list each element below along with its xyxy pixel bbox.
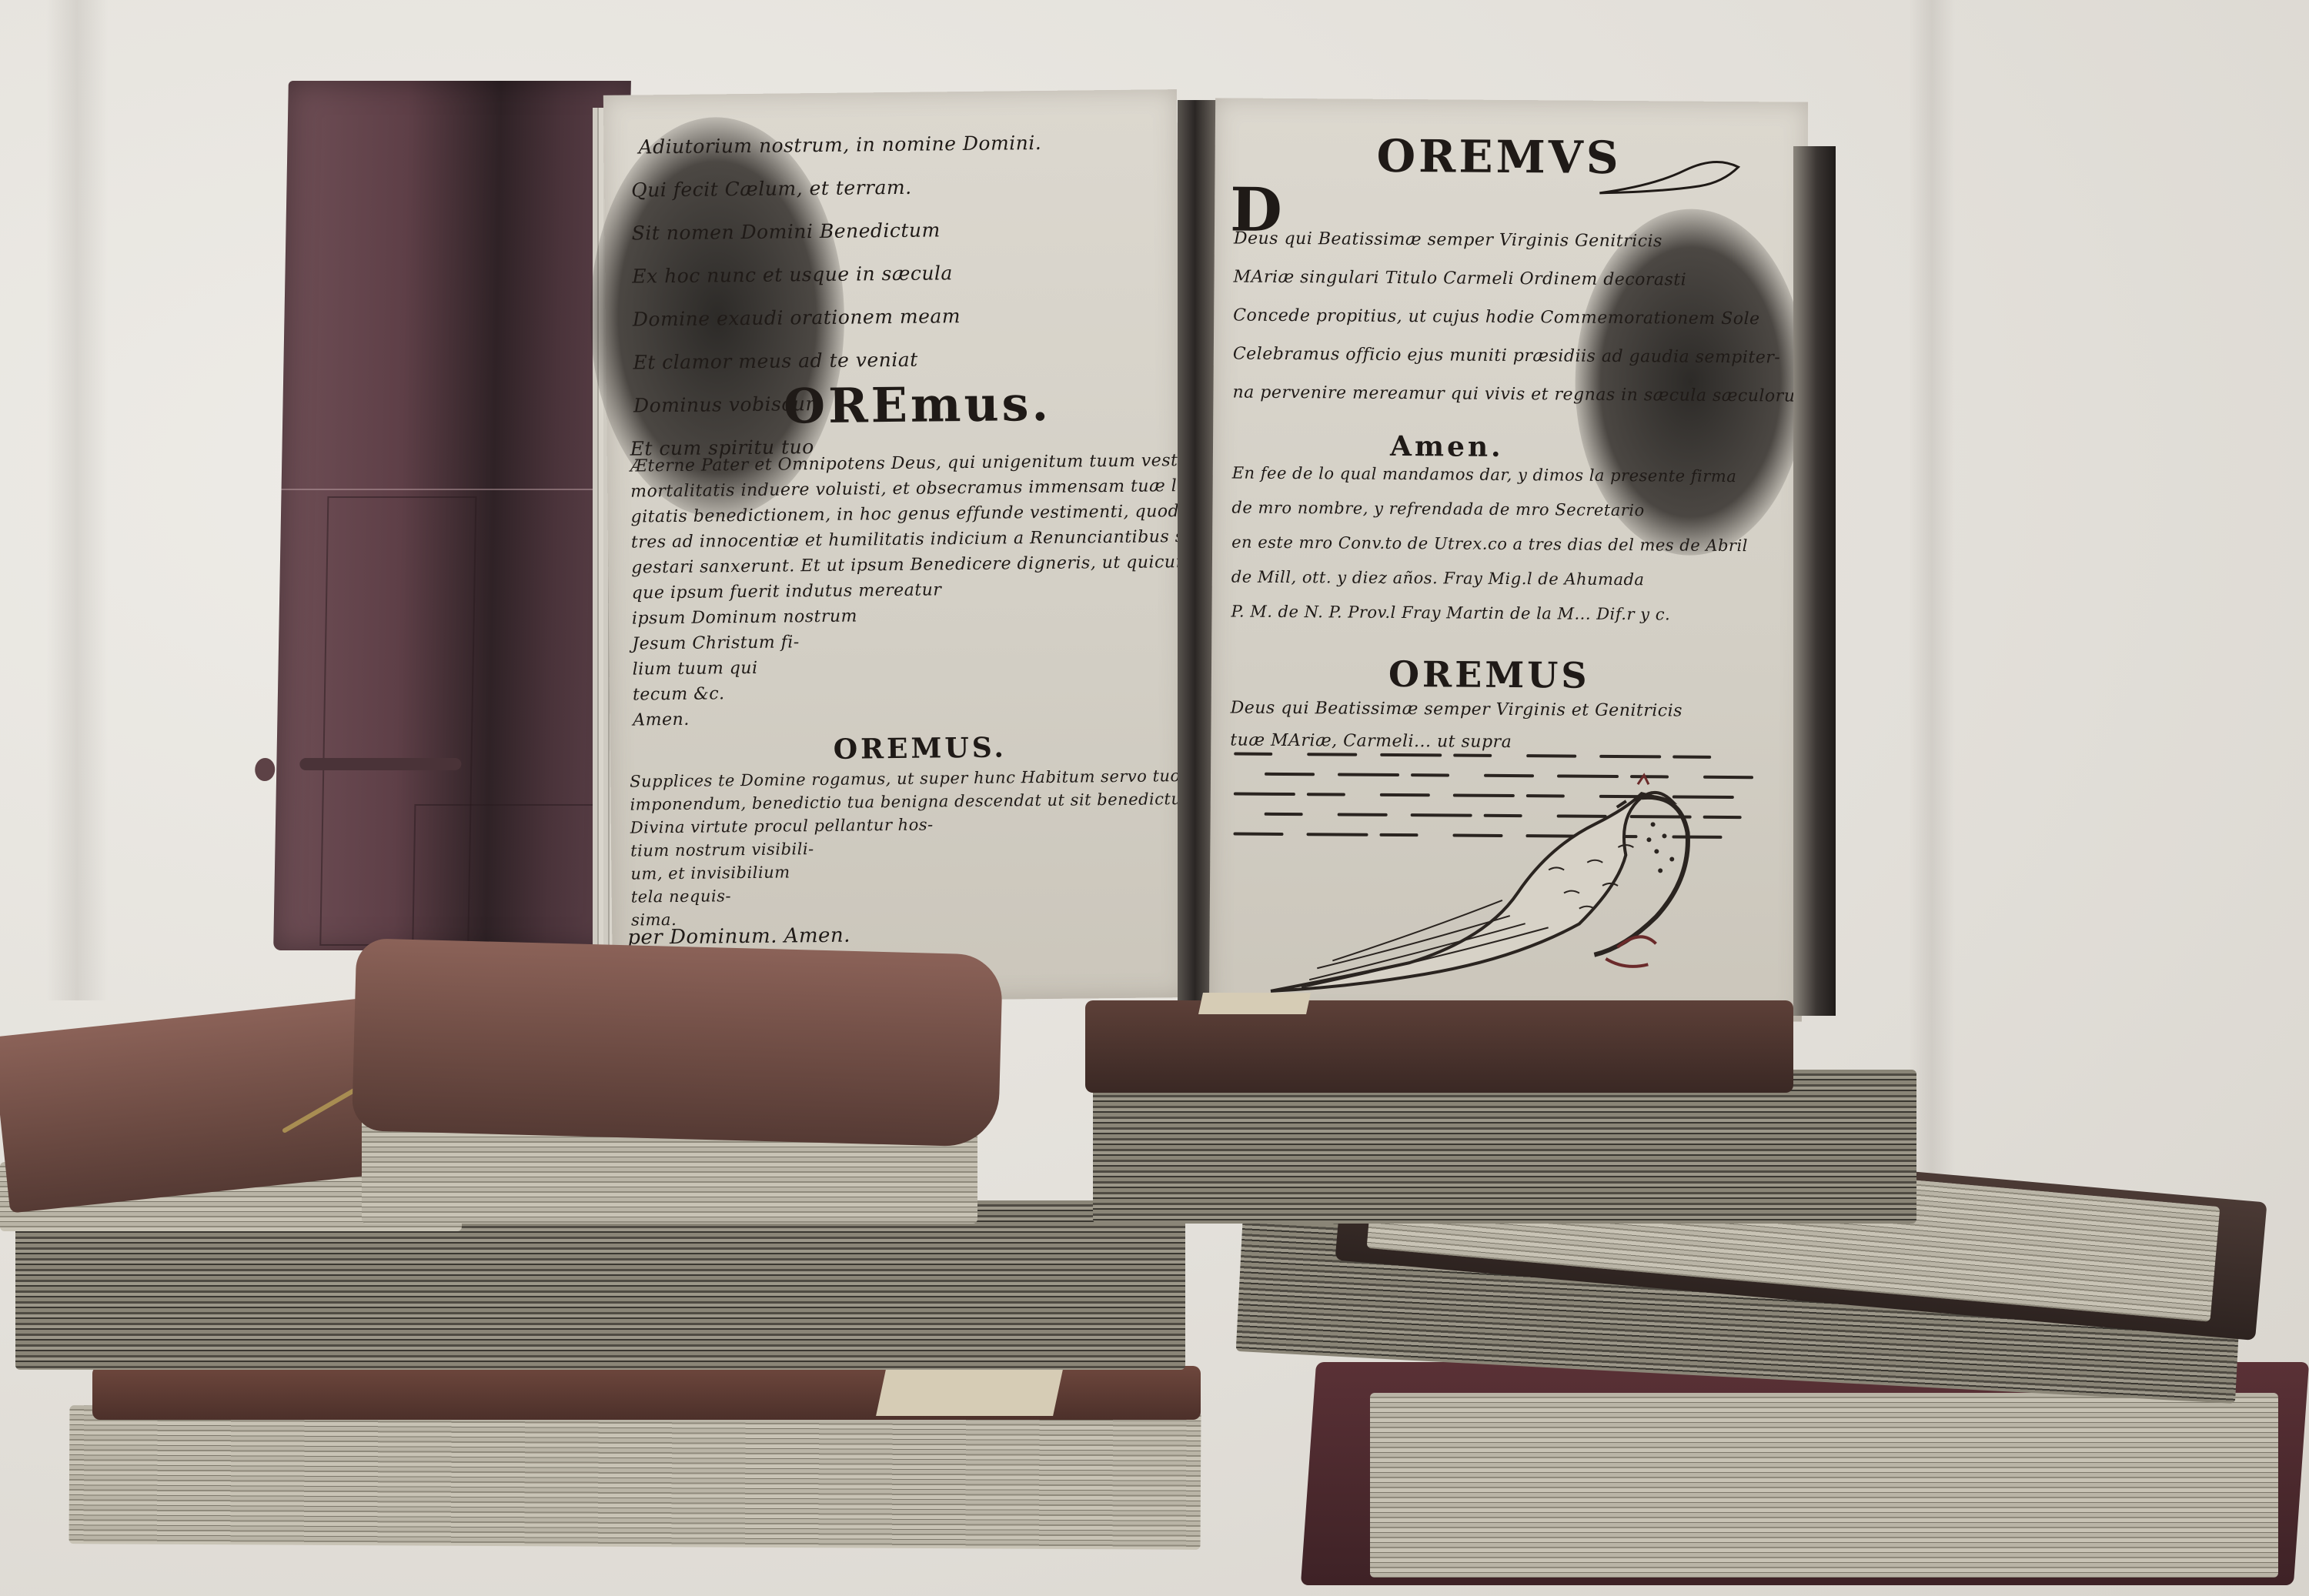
ink-dash (1453, 754, 1492, 757)
ms-line: Qui fecit Cælum, et terram. (631, 166, 912, 212)
ms-line: Supplices te Domine rogamus, ut super hu… (630, 766, 1181, 790)
ms-line: tium nostrum visibili- (630, 840, 814, 860)
right-page: OREMVS D Deus qui Beatissimæ semper Virg… (1209, 98, 1808, 1021)
ms-line: ipsum Dominum nostrum (632, 607, 857, 629)
left-page: Adiutorium nostrum, in nomine Domini. Qu… (603, 89, 1186, 1003)
ms-line: lium tuum qui (633, 659, 758, 679)
ms-line: tres ad innocentiæ et humilitatis indici… (631, 526, 1238, 552)
ms-line: gestari sanxerunt. Et ut ipsum Benedicer… (631, 553, 1198, 578)
paper-slip (1198, 993, 1311, 1014)
heading-oremus: OREmus. (784, 376, 1052, 435)
book-cover (1085, 1000, 1793, 1093)
ms-line: Divina virtute procul pellantur hos- (630, 815, 934, 836)
ink-dash (1526, 754, 1576, 757)
ink-dash (1599, 755, 1661, 759)
spine-label (876, 1366, 1064, 1416)
ms-line: um, et invisibilium (630, 863, 790, 883)
ms-line: Domine exaudi orationem meam (633, 295, 961, 341)
ms-line: tecum &c. (633, 684, 725, 704)
cover-patch (412, 804, 610, 946)
leather-cover (273, 81, 631, 950)
cover-seam (282, 489, 624, 490)
pheasant-drawing-icon (1255, 760, 1734, 1017)
heading-oremus: OREMUS. (834, 731, 1007, 765)
ms-line: tela nequis- (631, 886, 732, 906)
right-page-edges (1793, 146, 1836, 1016)
ms-line: que ipsum fuerit indutus mereatur (631, 580, 941, 603)
ink-dash (1380, 753, 1442, 757)
ms-line: Ex hoc nunc et usque in sæcula (632, 252, 953, 298)
ms-line: Jesum Christum fi- (632, 633, 800, 653)
ink-dash (1307, 753, 1357, 756)
book-leaves (69, 1405, 1201, 1550)
ms-line: imponendum, benedictio tua benigna desce… (630, 789, 1244, 813)
ink-dash (1672, 755, 1711, 758)
ms-line: Adiutorium nostrum, in nomine Domini. (638, 122, 1041, 169)
ink-dash (1234, 753, 1272, 756)
cloth-fold (46, 0, 108, 1000)
leather-strap (299, 758, 461, 770)
book-leaves (1370, 1393, 2278, 1578)
ms-line: Sit nomen Domini Benedictum (631, 209, 941, 255)
ms-line: Amen. (633, 710, 690, 730)
book-leaves (1093, 1070, 1916, 1224)
book-cover (352, 938, 1003, 1147)
